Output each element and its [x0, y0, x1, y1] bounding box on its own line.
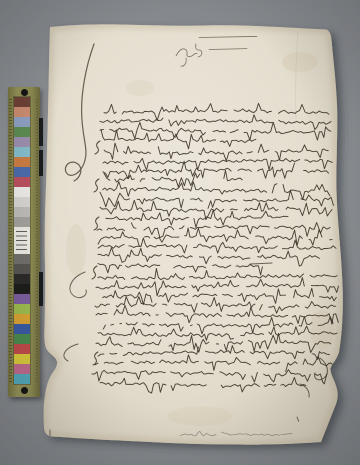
strip-fine-print: [36, 99, 38, 383]
color-patch: [14, 167, 30, 177]
registration-mark: [39, 150, 43, 176]
color-patch: [14, 137, 30, 147]
color-calibration-strip: [8, 87, 40, 397]
paper-sheet: [44, 24, 343, 444]
color-patch: [14, 254, 30, 264]
color-patch: [14, 127, 30, 137]
color-patch: [14, 177, 30, 187]
registration-dot: [21, 89, 28, 96]
color-patch: [14, 274, 30, 284]
color-patch: [14, 97, 30, 107]
color-patch: [14, 197, 30, 207]
color-patch: [14, 344, 30, 354]
color-patch: [14, 324, 30, 334]
color-patch: [14, 264, 30, 274]
color-patch: [14, 107, 30, 117]
registration-dot: [21, 387, 28, 394]
color-patch: [14, 354, 30, 364]
color-patch: [14, 314, 30, 324]
strip-label: [14, 227, 30, 253]
color-patch: [14, 147, 30, 157]
color-patch: [14, 207, 30, 217]
color-patch: [14, 187, 30, 197]
color-patch: [14, 284, 30, 294]
color-patch: [14, 157, 30, 167]
manuscript-page: [0, 0, 360, 465]
color-patch: [14, 294, 30, 304]
color-patch: [14, 304, 30, 314]
color-patch: [14, 374, 30, 384]
registration-mark: [39, 118, 43, 146]
color-patch: [14, 334, 30, 344]
photo-background: [0, 0, 360, 465]
color-patches: [14, 97, 30, 384]
strip-fine-print: [9, 99, 12, 383]
color-patch: [14, 117, 30, 127]
registration-mark: [39, 272, 43, 306]
color-patch: [14, 217, 30, 227]
color-patch: [14, 364, 30, 374]
